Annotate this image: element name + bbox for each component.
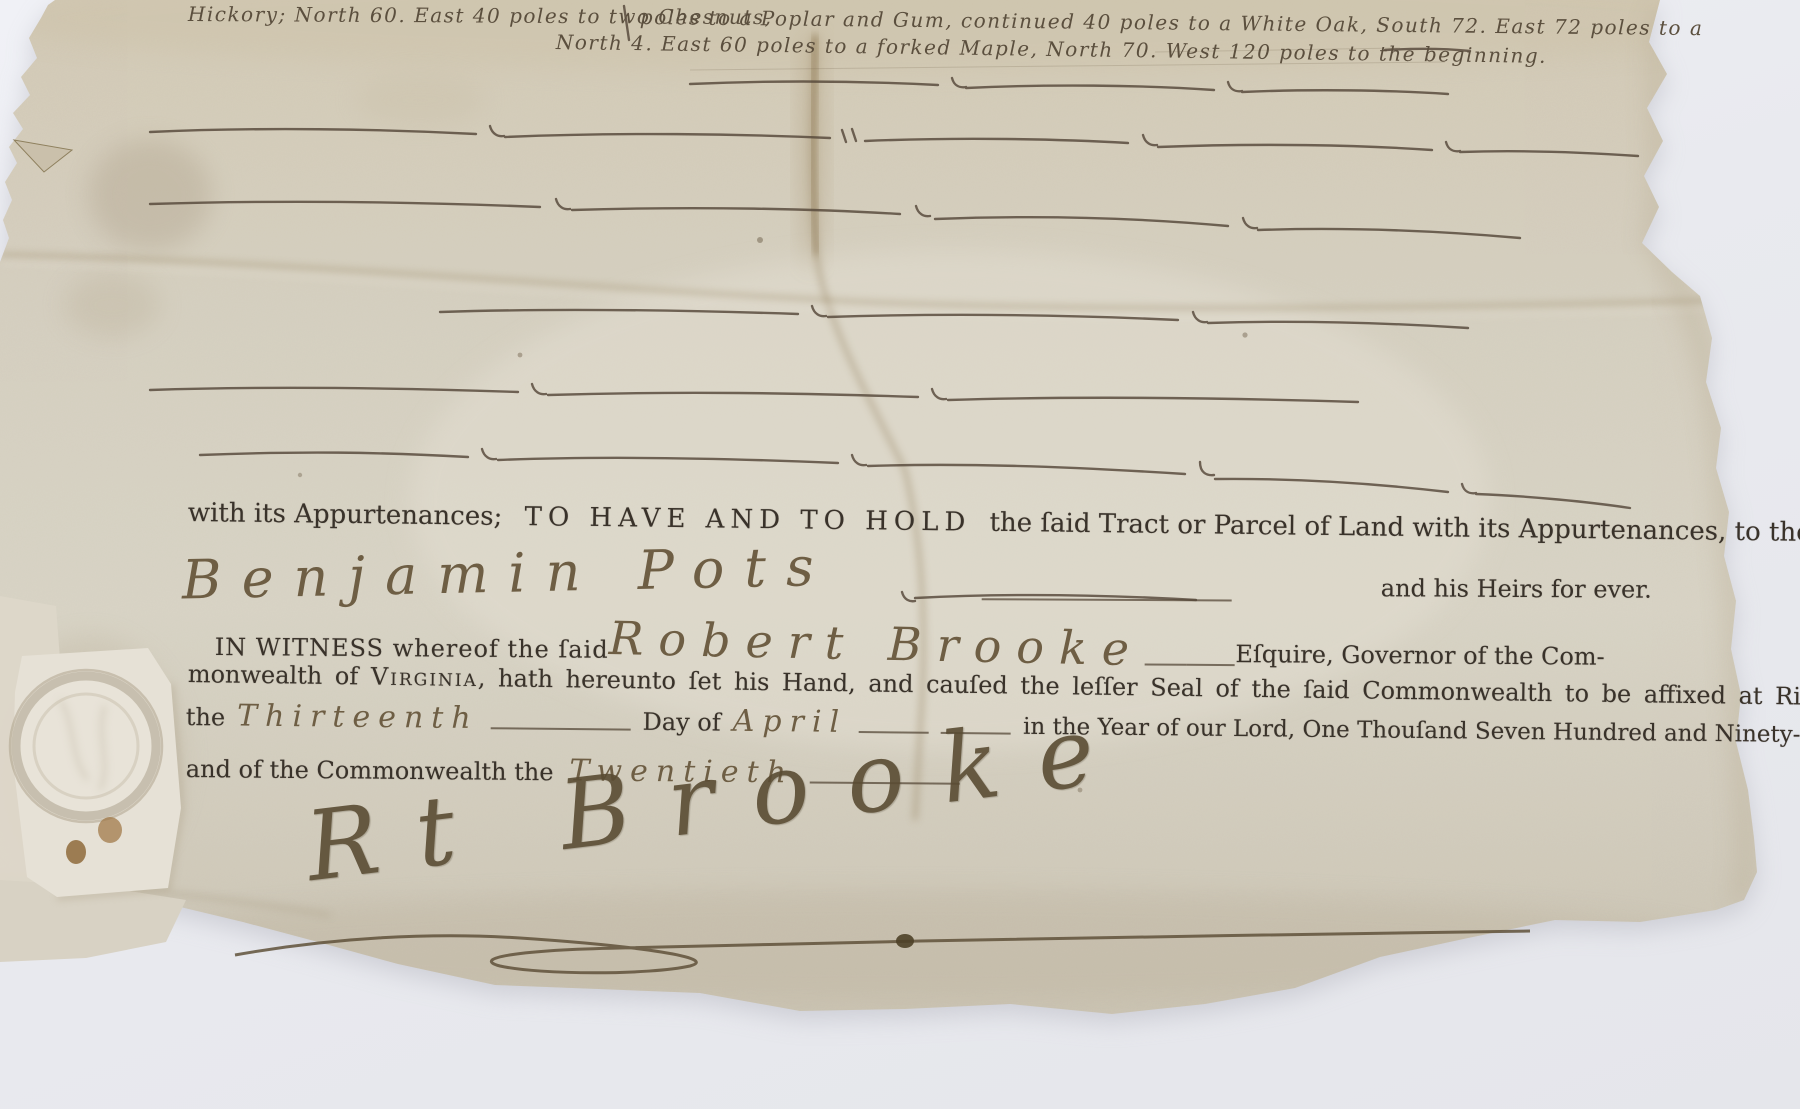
blank-fill-dash [1145, 663, 1187, 665]
seal-embossed-circle [16, 676, 156, 816]
day-handwritten: Thirteenth [237, 699, 479, 737]
in-witness-text: IN WITNESS whereof the ſaid [215, 633, 609, 664]
grantee-line: Benjamin Pots and his Heirs for ever. [182, 540, 1652, 611]
heirs-forever-text: and his Heirs for ever. [1381, 574, 1652, 603]
grantee-name-handwritten: Benjamin Pots [181, 535, 834, 612]
seal-stain-spot [66, 840, 86, 864]
to-have-and-to-hold-caps: TO HAVE AND TO HOLD [524, 502, 971, 537]
photograph-of-land-grant-document: Hickory; North 60. East 40 poles to two … [0, 0, 1800, 1109]
the-word: the [186, 703, 226, 731]
monwealth-of-text: monwealth of [188, 660, 359, 690]
seal-stain-spot [98, 817, 122, 843]
day-of-text: Day of [642, 708, 720, 737]
blank-fill-line [982, 598, 1232, 601]
ink-blot [896, 934, 914, 948]
virginia-text: Virginia [371, 663, 478, 692]
esquire-governor-text: Eſquire, Governor of the Com- [1235, 640, 1604, 671]
in-the-year-text: in the Year of our Lord, One Thouſand Se… [1023, 714, 1800, 748]
appurtenances-intro: with its Appurtenances; [188, 498, 503, 532]
blank-fill-line [491, 727, 631, 730]
blank-fill-dash [1187, 664, 1235, 666]
